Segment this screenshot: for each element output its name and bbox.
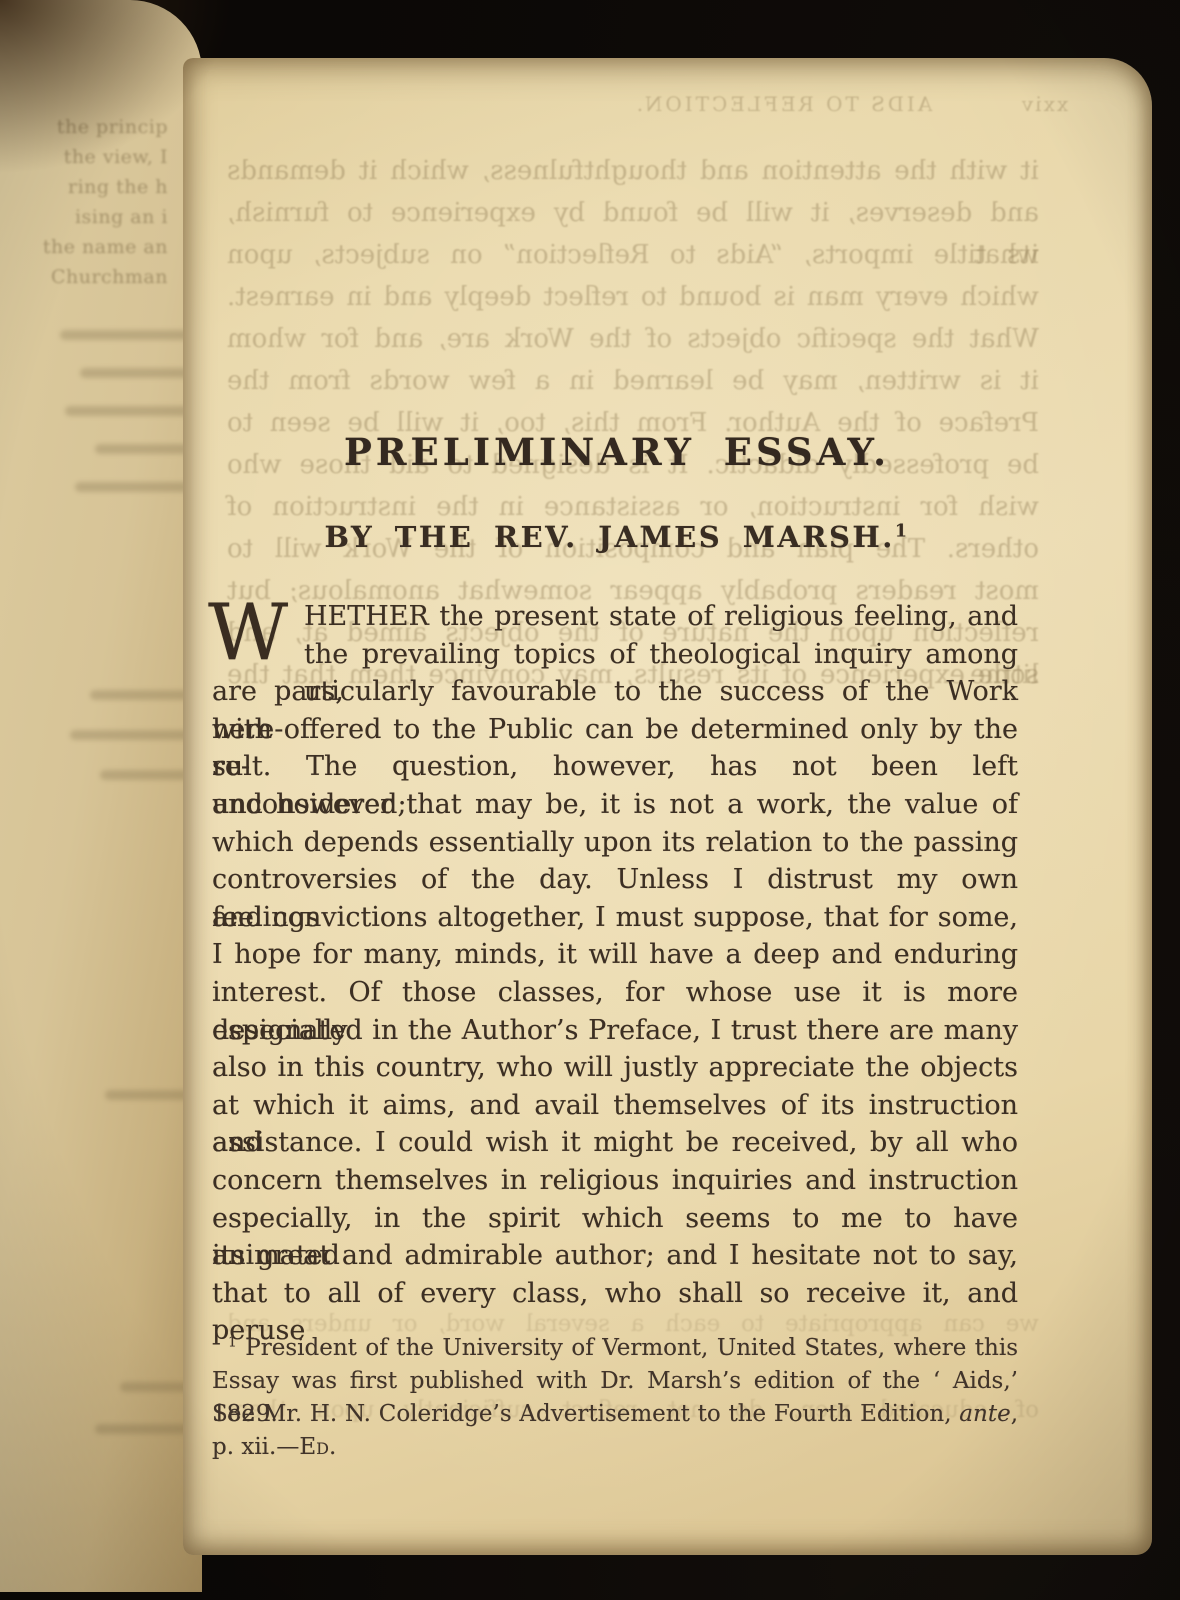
footnote-reference-mark: 1	[895, 521, 910, 541]
footnote-italic-word: ante	[959, 1401, 1010, 1427]
body-line: that to all of every class, who shall so…	[212, 1275, 1018, 1313]
blurred-text-streak	[60, 330, 190, 340]
bleedthrough-line: it is written, may be learned in a few w…	[227, 360, 1039, 402]
facing-page-edge: the princip the view, I ring the h ising…	[0, 0, 202, 1592]
body-line: HETHER the present state of religious fe…	[304, 598, 1018, 636]
footnote-line: See Mr. H. N. Coleridge’s Advertisement …	[212, 1398, 1018, 1431]
body-line: at which it aims, and avail themselves o…	[212, 1087, 1018, 1125]
blurred-text-streak	[120, 1382, 190, 1392]
facing-page-fragment: ising an i	[0, 202, 174, 232]
facing-page-fragment: ring the h	[0, 172, 174, 202]
footnote-editor-signature: Ed.	[299, 1434, 336, 1460]
facing-page-fragment: the name an	[0, 232, 174, 262]
body-line: I hope for many, minds, it will have a d…	[212, 936, 1018, 974]
blurred-text-streak	[105, 1090, 190, 1100]
body-line: concern themselves in religious inquirie…	[212, 1162, 1018, 1200]
body-line: also in this country, who will justly ap…	[212, 1049, 1018, 1087]
bleedthrough-line: its title imports, “Aids to Reflection” …	[227, 234, 1039, 276]
footnote-text: See Mr. H. N. Coleridge’s Advertisement …	[212, 1401, 959, 1427]
bleedthrough-line: which every man is bound to reflect deep…	[227, 276, 1039, 318]
footnote: 1 President of the University of Vermont…	[212, 1332, 1018, 1464]
body-line: interest. Of those classes, for whose us…	[212, 974, 1018, 1012]
facing-page-text-fragments: the princip the view, I ring the h ising…	[0, 112, 174, 292]
blurred-text-streak	[100, 770, 190, 780]
body-line: its great and admirable author; and I he…	[212, 1237, 1018, 1275]
bleedthrough-page-number: xxiv	[984, 92, 1104, 116]
body-line: and however that may be, it is not a wor…	[212, 786, 1018, 824]
footnote-text: President of the University of Vermont, …	[245, 1335, 1018, 1361]
essay-title: PRELIMINARY ESSAY.	[211, 430, 1023, 474]
essay-byline: BY THE REV. JAMES MARSH.1	[211, 520, 1023, 554]
blurred-text-streak	[75, 482, 190, 492]
facing-page-fragment: Churchman	[0, 262, 174, 292]
body-line: assistance. I could wish it might be rec…	[212, 1124, 1018, 1162]
footnote-line: Essay was first published with Dr. Marsh…	[212, 1365, 1018, 1398]
facing-page-fragment: the princip	[0, 112, 174, 142]
drop-cap: W	[208, 594, 288, 672]
body-line: with offered to the Public can be determ…	[212, 711, 1018, 749]
blurred-text-streak	[70, 730, 190, 740]
footnote-line: p. xii.—Ed.	[212, 1431, 1018, 1464]
blurred-text-streak	[95, 444, 190, 454]
footnote-text: p. xii.—	[212, 1434, 299, 1460]
body-line: designated in the Author’s Preface, I tr…	[212, 1012, 1018, 1050]
body-line: which depends essentially upon its relat…	[212, 824, 1018, 862]
body-line: and convictions altogether, I must suppo…	[212, 899, 1018, 937]
body-line: the prevailing topics of theological inq…	[304, 636, 1018, 674]
footnote-number: 1	[228, 1334, 237, 1350]
bleedthrough-line: it with the attention and thoughtfulness…	[227, 150, 1039, 192]
body-line: sult. The question, however, has not bee…	[212, 748, 1018, 786]
body-line: are particularly favourable to the succe…	[212, 673, 1018, 711]
facing-page-fragment: the view, I	[0, 142, 174, 172]
body-line: especially, in the spirit which seems to…	[212, 1200, 1018, 1238]
body-line: controversies of the day. Unless I distr…	[212, 861, 1018, 899]
bleedthrough-line: and deserves, it will be found by experi…	[227, 192, 1039, 234]
bleedthrough-running-header: AIDS TO REFLECTION.	[543, 92, 1023, 116]
book-photograph: the princip the view, I ring the h ising…	[0, 0, 1180, 1600]
blurred-text-streak	[80, 368, 190, 378]
book-page: AIDS TO REFLECTION. xxiv it with the att…	[183, 58, 1152, 1555]
footnote-text: ,	[1011, 1401, 1018, 1427]
blurred-text-streak	[95, 1424, 190, 1434]
essay-body: W HETHER the present state of religious …	[212, 598, 1018, 1312]
bleedthrough-line: What the specific objects of the Work ar…	[227, 318, 1039, 360]
blurred-text-streak	[90, 690, 190, 700]
byline-text: BY THE REV. JAMES MARSH.	[324, 520, 894, 554]
blurred-text-streak	[65, 406, 190, 416]
footnote-line: 1 President of the University of Vermont…	[212, 1332, 1018, 1365]
